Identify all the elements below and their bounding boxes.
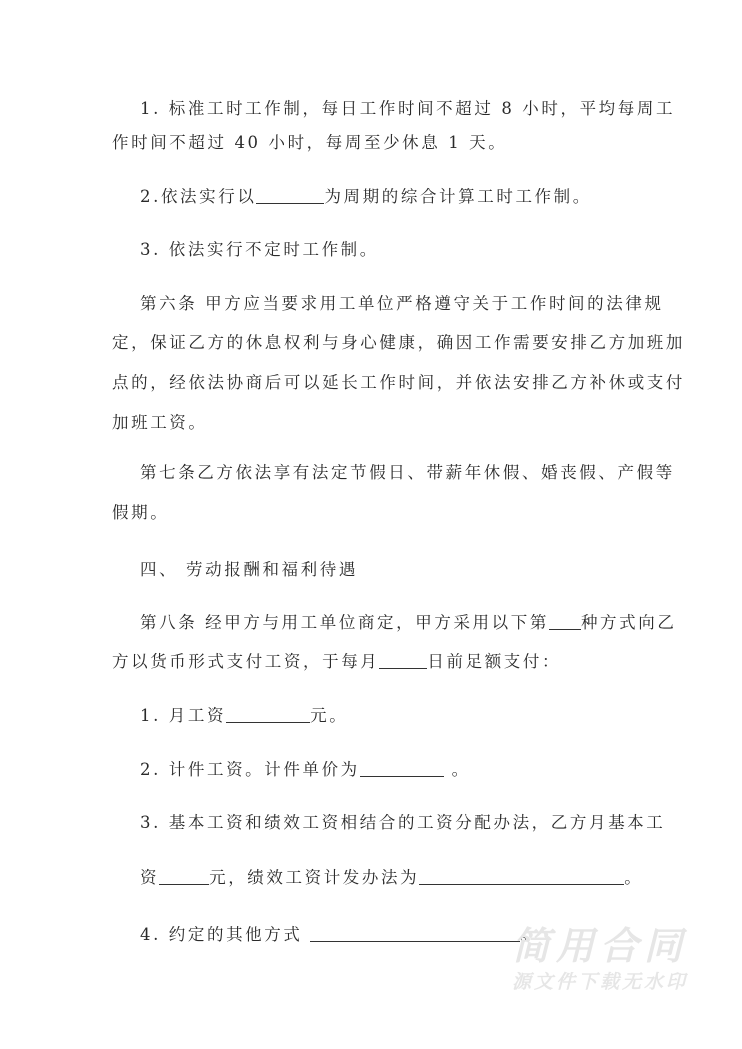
paragraph-line: 第八条 经甲方与用工单位商定，甲方采用以下第种方式向乙 [140,611,676,635]
paragraph-line: 第六条 甲方应当要求用工单位严格遵守关于工作时间的法律规 [140,292,664,316]
line-text: 种方式向乙 [581,613,677,632]
line-text: 日前足额支付： [427,652,561,671]
fill-blank-monthly-salary[interactable] [226,704,310,723]
line-text: 资 [140,868,159,887]
paragraph-line: 1. 标准工时工作制，每日工作时间不超过 8 小时，平均每周工 [140,97,675,121]
paragraph-line: 第七条乙方依法享有法定节假日、带薪年休假、婚丧假、产假等 [140,461,675,485]
line-text: 1. 月工资 [140,706,226,725]
line-text: 。 [624,868,643,887]
section-heading: 四、 劳动报酬和福利待遇 [140,558,358,582]
fill-blank-piece-rate[interactable] [360,758,444,777]
paragraph-line: 资元，绩效工资计发办法为。 [140,866,643,890]
paragraph-line: 2.依法实行以为周期的综合计算工时工作制。 [140,185,592,209]
paragraph-line: 作时间不超过 40 小时，每周至少休息 1 天。 [112,131,507,155]
line-text: 第八条 经甲方与用工单位商定，甲方采用以下第 [140,613,549,632]
fill-blank-base-salary[interactable] [159,866,209,885]
paragraph-line: 假期。 [112,501,169,525]
fill-blank-other-method[interactable] [310,923,520,942]
line-text: 。 [444,760,471,779]
line-text: 4. 约定的其他方式 [140,925,310,944]
line-text: 2.依法实行以 [140,187,256,206]
paragraph-line: 方以货币形式支付工资，于每月日前足额支付： [112,650,561,674]
list-item: 4. 约定的其他方式 。 [140,923,539,947]
list-item: 2. 计件工资。计件单价为 。 [140,758,471,782]
list-item: 1. 月工资元。 [140,704,348,728]
line-text: 2. 计件工资。计件单价为 [140,760,360,779]
fill-blank-period[interactable] [256,185,324,204]
list-item: 3. 基本工资和绩效工资相结合的工资分配办法，乙方月基本工 [140,811,665,835]
watermark-tagline: 源文件下载无水印 [512,967,688,994]
fill-blank-performance-method[interactable] [419,866,624,885]
paragraph-line: 3. 依法实行不定时工作制。 [140,238,379,262]
fill-blank-payday[interactable] [379,650,427,669]
paragraph-line: 加班工资。 [112,411,208,435]
line-text: 为周期的综合计算工时工作制。 [324,187,591,206]
line-text: 元，绩效工资计发办法为 [209,868,419,887]
paragraph-line: 点的，经依法协商后可以延长工作时间，并依法安排乙方补休或支付 [112,371,685,395]
fill-blank-method[interactable] [549,611,581,630]
watermark-brand: 简用合同 [512,915,688,970]
paragraph-line: 定，保证乙方的休息权利与身心健康，确因工作需要安排乙方加班加 [112,331,685,355]
line-text: 元。 [310,706,348,725]
line-text: 方以货币形式支付工资，于每月 [112,652,379,671]
